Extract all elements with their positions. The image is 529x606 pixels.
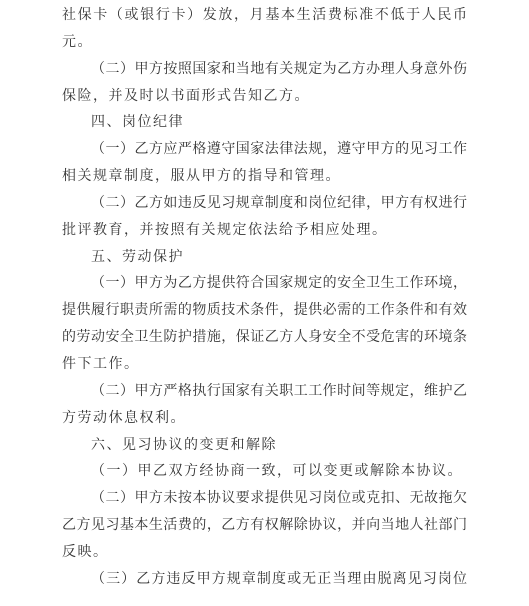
document-line: 提供履行职责所需的物质技术条件，提供必需的工作条件和有效	[62, 298, 467, 325]
document-line: （一）乙方应严格遵守国家法律法规，遵守甲方的见习工作	[62, 137, 467, 164]
document-line: 乙方见习基本生活费的，乙方有权解除协议，并向当地人社部门	[62, 513, 467, 540]
document-section-heading: 六、见习协议的变更和解除	[62, 433, 467, 460]
document-page: 社保卡（或银行卡）发放，月基本生活费标准不低于人民币 元。 （二）甲方按照国家和…	[0, 0, 529, 606]
document-section-heading: 四、岗位纪律	[62, 110, 467, 137]
document-line: 反映。	[62, 540, 467, 567]
document-line: （三）乙方违反甲方规章制度或无正当理由脱离见习岗位的，	[62, 567, 467, 594]
document-line: （二）甲方严格执行国家有关职工工作时间等规定，维护乙	[62, 379, 467, 406]
document-line: 方劳动休息权利。	[62, 406, 467, 433]
document-line: 批评教育，并按照有关规定依法给予相应处理。	[62, 218, 467, 245]
document-line: （一）甲方为乙方提供符合国家规定的安全卫生工作环境，	[62, 271, 467, 298]
document-line: 社保卡（或银行卡）发放，月基本生活费标准不低于人民币	[62, 3, 467, 30]
document-line: 元。	[62, 30, 467, 57]
document-line: 件下工作。	[62, 352, 467, 379]
document-line: （一）甲乙双方经协商一致，可以变更或解除本协议。	[62, 459, 467, 486]
document-section-heading: 五、劳动保护	[62, 245, 467, 272]
document-line: （二）甲方未按本协议要求提供见习岗位或克扣、无故拖欠	[62, 486, 467, 513]
document-text-block: 社保卡（或银行卡）发放，月基本生活费标准不低于人民币 元。 （二）甲方按照国家和…	[62, 3, 467, 594]
document-line: 保险，并及时以书面形式告知乙方。	[62, 84, 467, 111]
document-line: （二）甲方按照国家和当地有关规定为乙方办理人身意外伤害	[62, 57, 467, 84]
document-line: 的劳动安全卫生防护措施，保证乙方人身安全不受危害的环境条	[62, 325, 467, 352]
document-line: 相关规章制度，服从甲方的指导和管理。	[62, 164, 467, 191]
document-line: （二）乙方如违反见习规章制度和岗位纪律，甲方有权进行	[62, 191, 467, 218]
